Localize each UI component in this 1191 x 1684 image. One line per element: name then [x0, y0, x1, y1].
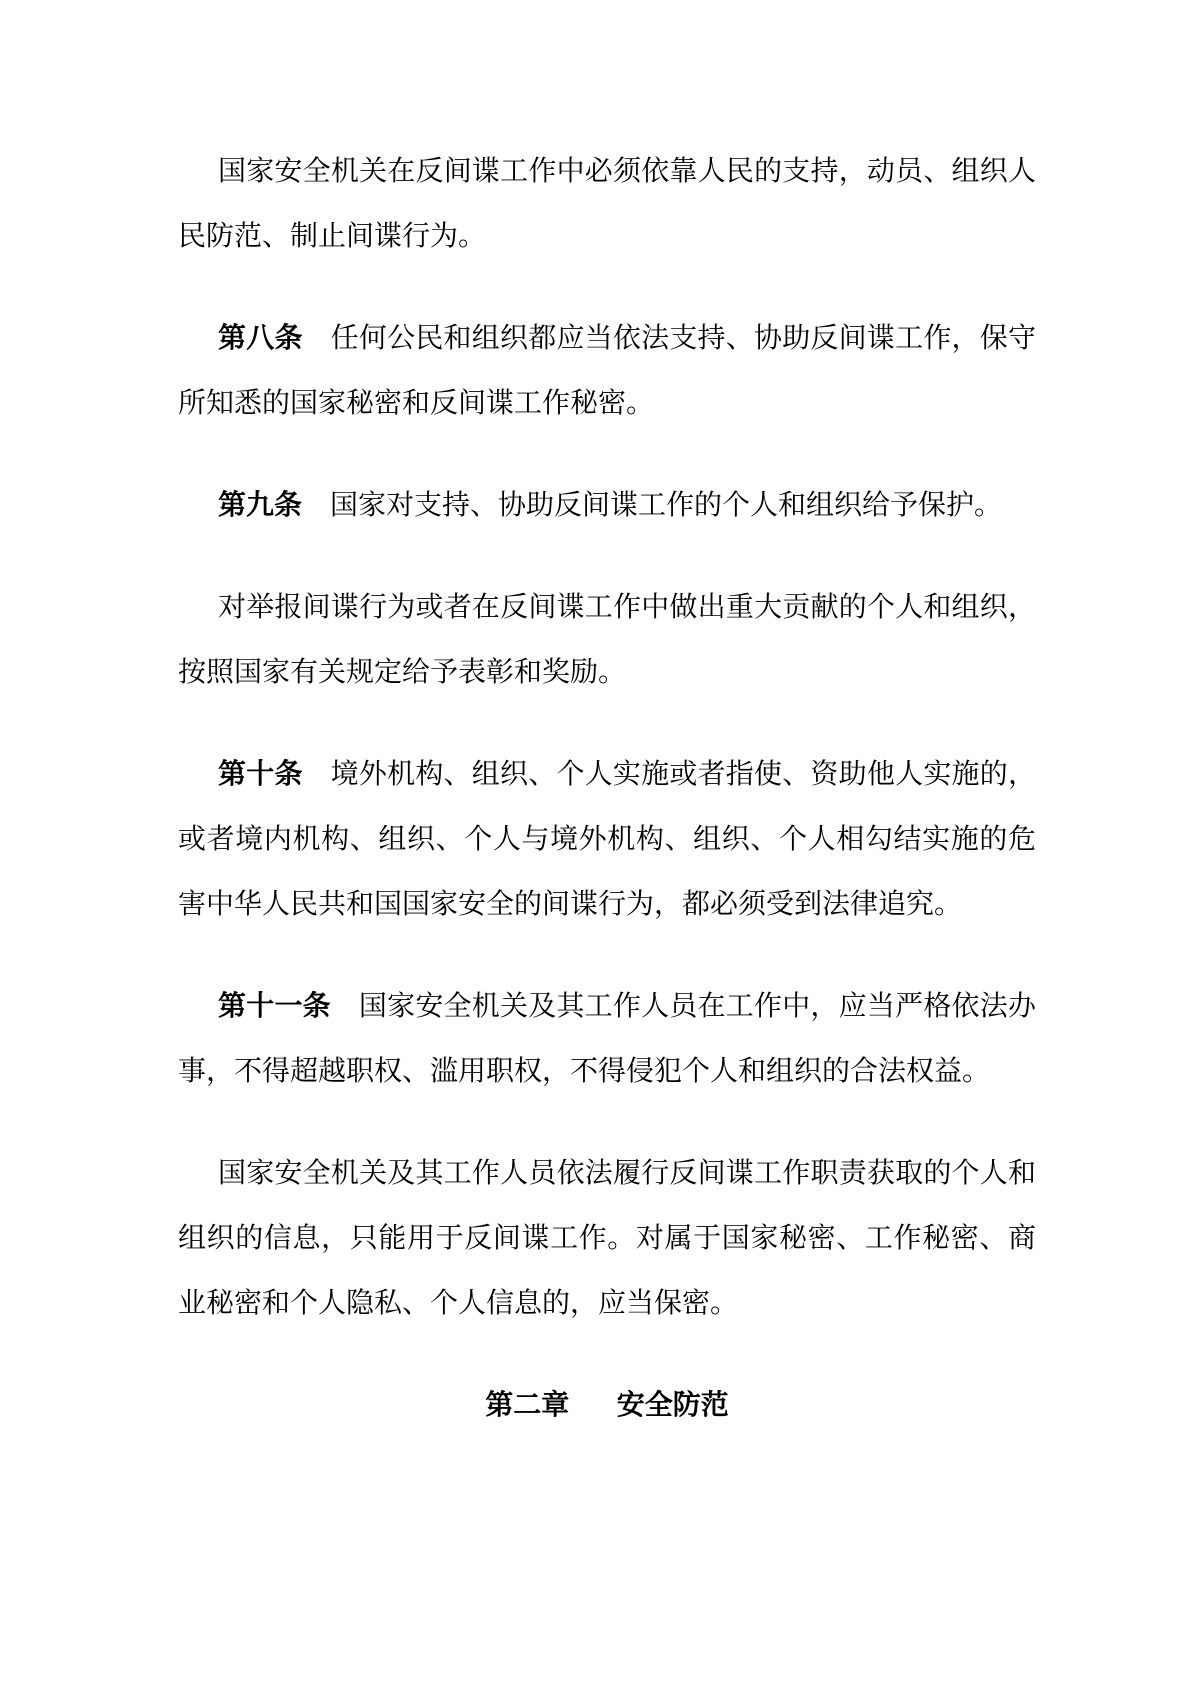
article-number: 第十条: [218, 758, 303, 789]
article-number: 第十一条: [218, 990, 331, 1021]
paragraph-text: 任何公民和组织都应当依法支持、协助反间谍工作，保守所知悉的国家秘密和反间谍工作秘…: [178, 322, 1036, 418]
paragraph: 第八条任何公民和组织都应当依法支持、协助反间谍工作，保守所知悉的国家秘密和反间谍…: [178, 305, 1036, 435]
paragraph-text: 对举报间谍行为或者在反间谍工作中做出重大贡献的个人和组织，按照国家有关规定给予表…: [178, 591, 1036, 687]
paragraph-list: 国家安全机关在反间谍工作中必须依靠人民的支持，动员、组织人民防范、制止间谍行为。…: [178, 138, 1036, 1335]
paragraph: 第九条国家对支持、协助反间谍工作的个人和组织给予保护。: [178, 472, 1036, 537]
chapter-heading: 第二章安全防范: [178, 1372, 1036, 1437]
paragraph-text: 国家安全机关及其工作人员依法履行反间谍工作职责获取的个人和组织的信息，只能用于反…: [178, 1157, 1036, 1318]
paragraph-text: 国家对支持、协助反间谍工作的个人和组织给予保护。: [330, 489, 1002, 520]
paragraph: 第十条境外机构、组织、个人实施或者指使、资助他人实施的，或者境内机构、组织、个人…: [178, 741, 1036, 936]
paragraph: 第十一条国家安全机关及其工作人员在工作中，应当严格依法办事，不得超越职权、滥用职…: [178, 973, 1036, 1103]
paragraph: 国家安全机关及其工作人员依法履行反间谍工作职责获取的个人和组织的信息，只能用于反…: [178, 1140, 1036, 1335]
paragraph-text: 国家安全机关在反间谍工作中必须依靠人民的支持，动员、组织人民防范、制止间谍行为。: [178, 155, 1036, 251]
chapter-title: 安全防范: [617, 1389, 729, 1420]
article-number: 第九条: [218, 489, 302, 520]
article-number: 第八条: [218, 322, 303, 353]
paragraph: 对举报间谍行为或者在反间谍工作中做出重大贡献的个人和组织，按照国家有关规定给予表…: [178, 574, 1036, 704]
paragraph: 国家安全机关在反间谍工作中必须依靠人民的支持，动员、组织人民防范、制止间谍行为。: [178, 138, 1036, 268]
paragraph-text: 境外机构、组织、个人实施或者指使、资助他人实施的，或者境内机构、组织、个人与境外…: [178, 758, 1036, 919]
document-page: 国家安全机关在反间谍工作中必须依靠人民的支持，动员、组织人民防范、制止间谍行为。…: [0, 0, 1191, 1684]
chapter-number: 第二章: [485, 1389, 569, 1420]
